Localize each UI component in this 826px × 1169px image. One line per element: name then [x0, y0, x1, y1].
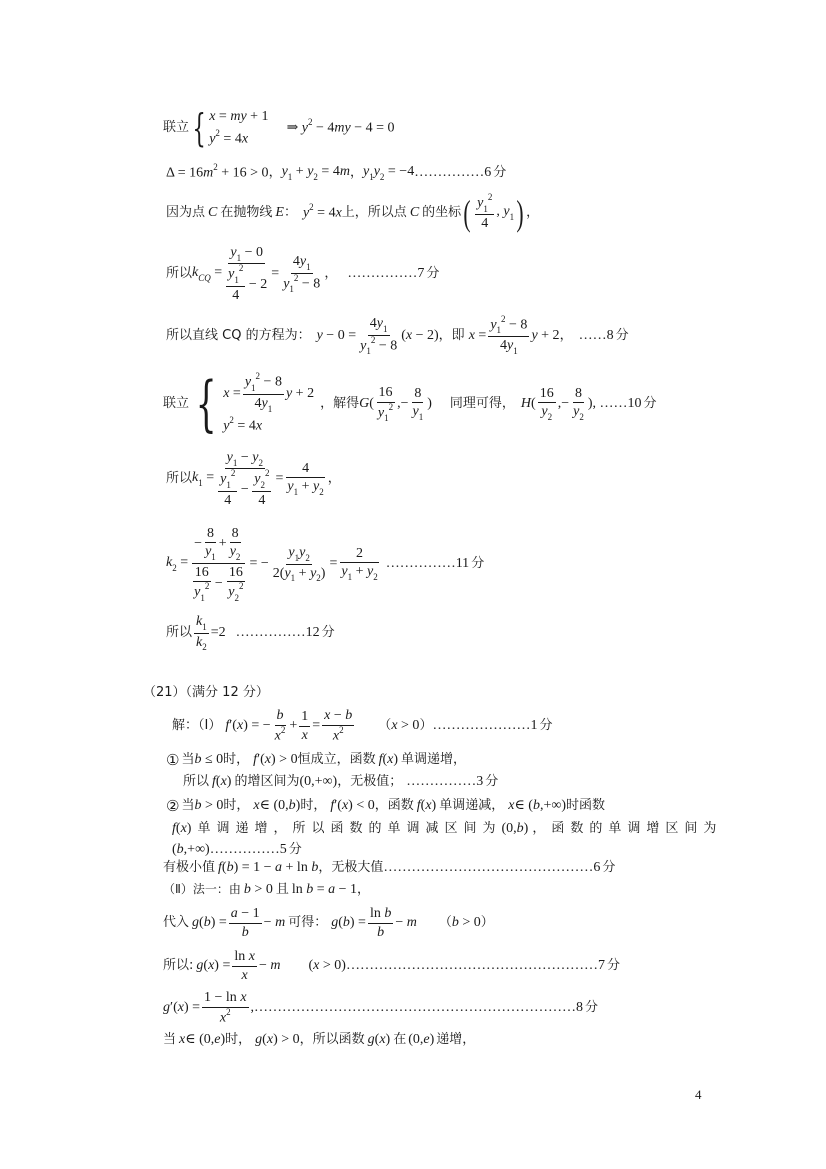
- fx: f(x): [417, 798, 436, 813]
- vieta-product: y1y2 = −4: [363, 164, 414, 182]
- text-so-point: 上，所以点: [342, 206, 407, 220]
- score-number: 3: [476, 774, 483, 789]
- question-21-header: （21）（满分 12 分）: [143, 684, 269, 702]
- score-unit: 分: [426, 267, 439, 281]
- coord-y1: , y1: [496, 204, 514, 222]
- fraction-kcq-2: 4y1 y12 − 8: [281, 254, 322, 294]
- fraction-8-y1: 8y1: [411, 386, 426, 422]
- leader-dots: ……: [600, 396, 628, 411]
- colon: ：: [284, 206, 297, 220]
- leader-dots: ………………………………………: [383, 860, 593, 875]
- leader-dots: ……: [579, 328, 607, 343]
- text-yinwei: 因为点: [166, 206, 205, 220]
- gprime-lhs: g′(x) =: [163, 1000, 200, 1015]
- leader-dots: …………………: [432, 718, 530, 733]
- score-unit: 分: [493, 166, 506, 180]
- parabola-eq: y2 = 4x: [303, 204, 342, 221]
- fraction-1-lnx-x2: 1 − ln xx2: [202, 990, 249, 1025]
- score-unit: 分: [485, 775, 498, 789]
- fraction-x-b-x2: x − bx2: [322, 708, 354, 743]
- fraction-k2-2: y1y2 2(y1 + y2): [271, 545, 328, 583]
- fraction-1-x: 1x: [299, 709, 310, 743]
- text: ，函数的单调增区间为: [532, 822, 722, 836]
- leader-dots: ……………………………………………………………: [254, 1000, 576, 1015]
- text: 可得：: [288, 916, 327, 930]
- vieta-sum: y1 + y2 = 4m: [282, 164, 350, 182]
- cond-b-gt-0: b > 0: [194, 798, 223, 813]
- x-in-b-inf: x∈ (b,+∞): [508, 798, 566, 813]
- fprime-gt-0: f′(x) > 0: [253, 752, 297, 767]
- g-derivative-line: g′(x) = 1 − ln xx2 , ……………………………………………………: [163, 988, 598, 1028]
- point-c: C: [208, 205, 217, 220]
- text: 当: [181, 799, 194, 813]
- point-g: G: [359, 396, 369, 411]
- text-coordinate: 的坐标: [422, 206, 461, 220]
- discriminant-line: Δ = 16m2 + 16 > 0 ， y1 + y2 = 4m ， y1y2 …: [166, 162, 506, 184]
- k1: k1 =: [192, 470, 214, 488]
- k2: k2 =: [166, 555, 188, 573]
- score-unit: 分: [607, 959, 620, 973]
- score-number: 7: [598, 958, 605, 973]
- system-equation-2: 联立 { x = y12 − 84y1 y + 2 y2 = 4x ，解得 G(…: [163, 366, 657, 442]
- text-parabola: 在抛物线: [220, 206, 272, 220]
- fraction-a-1-b: a − 1b: [229, 906, 262, 940]
- score-unit: 分: [644, 397, 657, 411]
- text-suoyi: 所以: [166, 267, 192, 281]
- text: 递增，: [436, 1033, 475, 1047]
- circled-two-icon: ②: [166, 798, 179, 815]
- score-unit: 分: [471, 557, 484, 571]
- point-h: H: [521, 396, 531, 411]
- text: 时函数: [566, 799, 605, 813]
- fraction-lnx-x: ln xx: [232, 949, 257, 983]
- text-ji: ，即: [439, 329, 465, 343]
- gb-lhs-2: g(b) =: [331, 915, 366, 930]
- discriminant-expr: Δ = 16m2 + 16 > 0: [166, 164, 269, 181]
- line-cq-equation: 所以直线 CQ 的方程为： y − 0 = 4y1 y12 − 8 (x − 2…: [166, 316, 629, 356]
- system-lines: x = y12 − 84y1 y + 2 y2 = 4x: [223, 373, 314, 434]
- fraction-k1-1: y1 − y2 y124 − y224: [216, 450, 273, 508]
- score-number: 8: [607, 328, 614, 343]
- text: 在: [393, 1033, 406, 1047]
- slope-k2-line: k2 = − 8y1+ 8y2 16y12 − 16y22 = − y1y2 2…: [166, 518, 484, 610]
- solution-part1-derivative: 解：（Ⅰ） f′(x) = − bx2 + 1x = x − bx2 （x > …: [172, 706, 552, 746]
- text: 时，: [223, 799, 249, 813]
- text: ，无极大值: [318, 861, 383, 875]
- text: 有极小值: [163, 861, 215, 875]
- text: 单调递增，: [401, 753, 466, 767]
- leader-dots: ……………: [386, 556, 456, 571]
- score-number: 8: [576, 1000, 583, 1015]
- system-lines: x = my + 1 y2 = 4x: [209, 109, 268, 147]
- k-cq: kCQ =: [192, 265, 222, 283]
- comma: ，: [328, 472, 341, 486]
- case-1-interval: 所以 f(x) 的增区间为 (0,+∞) ，无极值； …………… 3 分: [183, 772, 498, 792]
- sys-line-2: y2 = 4x: [223, 417, 314, 434]
- comma: ，: [357, 883, 370, 897]
- score-number: 7: [417, 266, 424, 281]
- leader-dots: ……………: [236, 625, 306, 640]
- text: 所以:: [163, 959, 193, 973]
- sys-line-1: x = y12 − 84y1 y + 2: [223, 373, 314, 413]
- left-paren: (: [464, 195, 471, 231]
- text-line-cq: 所以直线 CQ 的方程为：: [166, 329, 311, 343]
- score-number: 12: [306, 625, 320, 640]
- text: 当: [181, 753, 194, 767]
- lnb-eq: ln b = a − 1: [292, 882, 357, 897]
- b-gt-0: b > 0: [244, 882, 273, 897]
- q21-title: （21）（满分 12 分）: [143, 686, 269, 700]
- text: 的增区间为: [234, 775, 299, 789]
- fprime-lt-0: f′(x) < 0: [330, 798, 374, 813]
- point-c: C: [410, 205, 419, 220]
- monotonic-line: 当 x∈ (0,e) 时， g(x) > 0 ，所以函数 g(x) 在 (0,e…: [163, 1030, 475, 1050]
- g-function-line: 所以: g(x) = ln xx − m (x > 0) ………………………………: [163, 946, 620, 986]
- score-number: 11: [456, 556, 469, 571]
- document-page: 联立 { x = my + 1 y2 = 4x ⇒ y2 − 4my − 4 =…: [0, 0, 826, 1169]
- text: 单调递增，所以函数的单调减区间为: [197, 822, 501, 836]
- left-brace: {: [196, 374, 217, 434]
- gx-lhs: g(x) =: [196, 958, 230, 973]
- comma: ，: [526, 206, 539, 220]
- fraction-b-x2: bx2: [273, 708, 288, 743]
- text: ，无极值；: [337, 775, 402, 789]
- fraction-kcq-1: y1 − 0 y124 − 2: [224, 245, 269, 303]
- text: 时，: [225, 1033, 251, 1047]
- leader-dots: ……………: [406, 774, 476, 789]
- text: 所以: [183, 775, 209, 789]
- equals-2: =2: [211, 625, 226, 640]
- leader-dots: ……………: [414, 165, 484, 180]
- fraction-k2-3: 2 y1 + y2: [339, 546, 379, 582]
- gx: g(x): [368, 1032, 391, 1047]
- part-2-method-1: （Ⅱ）法一：由 b > 0 且 ln b = a − 1 ，: [163, 880, 370, 900]
- slope-k1-line: 所以 k1 = y1 − y2 y124 − y224 = 4 y1 + y2 …: [166, 448, 341, 510]
- case-2-line: ② 当 b > 0 时， x∈ (0,b) 时， f′(x) < 0 ，函数 f…: [166, 796, 605, 816]
- f-prime: f′(x) = −: [225, 718, 270, 733]
- gx-gt-0: g(x) > 0: [255, 1032, 299, 1047]
- text: 代入: [163, 916, 189, 930]
- fx: f(x): [212, 774, 231, 789]
- condition-x-gt-0: （x > 0）: [378, 718, 432, 733]
- minus-m: − m: [264, 915, 286, 930]
- text-jie: 解：（Ⅰ）: [172, 719, 221, 733]
- y-plus-2: y + 2: [531, 328, 559, 343]
- interval-0-inf: (0,+∞): [299, 774, 337, 789]
- text: （Ⅱ）法一：由: [163, 883, 241, 896]
- leader-dots: ……………: [210, 842, 280, 857]
- text-suoyi: 所以: [166, 626, 192, 640]
- fraction-k1-2: 4 y1 + y2: [285, 461, 325, 497]
- score-number: 5: [280, 842, 287, 857]
- left-brace: {: [192, 109, 205, 147]
- score-number: 6: [593, 860, 600, 875]
- parabola-e: E: [275, 205, 284, 220]
- score-number: 10: [628, 396, 642, 411]
- leader-dots: ……………: [347, 266, 417, 281]
- page-number: 4: [695, 1087, 702, 1103]
- quadratic-result: ⇒ y2 − 4my − 4 = 0: [287, 119, 395, 136]
- x-in-0-e: x∈ (0,e): [179, 1032, 225, 1047]
- case-1-line: ① 当 b ≤ 0 时， f′(x) > 0 恒成立，函数 f(x) 单调递增，: [166, 750, 466, 770]
- lhs-y: y − 0 =: [317, 328, 357, 343]
- cond-b-le-0: b ≤ 0: [194, 752, 223, 767]
- text: 当: [163, 1033, 176, 1047]
- text-suoyi: 所以: [166, 472, 192, 486]
- ratio-line: 所以 k1 k2 =2 …………… 12 分: [166, 612, 335, 654]
- text: 且: [276, 883, 289, 897]
- minus-m: − m: [259, 958, 281, 973]
- interval-0-b: (0,b): [501, 821, 528, 836]
- minus-m: − m: [395, 915, 417, 930]
- text: 恒成立，函数: [298, 753, 376, 767]
- gb-lhs: g(b) =: [192, 915, 227, 930]
- fraction-16-y2: 16y2: [538, 386, 556, 422]
- score-number: 1: [530, 718, 537, 733]
- text-tongli: 同理可得，: [450, 397, 515, 411]
- leader-dots: ………………………………………………: [346, 958, 598, 973]
- fx: f(x): [379, 752, 398, 767]
- x-minus-2: (x − 2): [401, 328, 438, 343]
- fraction-k1-k2: k1 k2: [194, 614, 209, 652]
- score-unit: 分: [602, 861, 615, 875]
- interval-0-e: (0,e): [408, 1032, 434, 1047]
- sys-line-2: y2 = 4x: [209, 130, 268, 147]
- text: 时，: [223, 753, 249, 767]
- extremum-line: 有极小值 f(b) = 1 − a + ln b ，无极大值 …………………………: [163, 858, 615, 878]
- slope-cq-line: 所以 kCQ = y1 − 0 y124 − 2 = 4y1 y12 − 8 ，…: [166, 244, 439, 304]
- fraction-lnb-b: ln bb: [368, 906, 393, 940]
- case-2-intervals: f(x) 单调递增，所以函数的单调减区间为 (0,b) ，函数的单调增区间为: [172, 818, 722, 840]
- substitution-line: 代入 g(b) = a − 1b − m 可得： g(b) = ln bb − …: [163, 903, 494, 943]
- system-equation-1: 联立 { x = my + 1 y2 = 4x ⇒ y2 − 4my − 4 =…: [163, 100, 395, 156]
- fraction-16-y1sq: 16y12: [376, 385, 395, 423]
- interval-b-inf: (b,+∞): [172, 842, 210, 857]
- comma: ，: [350, 166, 363, 180]
- score-unit: 分: [322, 626, 335, 640]
- text-jiede: ，解得: [320, 397, 359, 411]
- case-2-interval-end: (b,+∞) …………… 5 分: [172, 840, 302, 860]
- score-unit: 分: [289, 843, 302, 857]
- text: ，函数: [375, 799, 414, 813]
- fraction-y1sq-8: y12 − 8 4y1: [488, 316, 529, 356]
- comma: ，: [324, 267, 337, 281]
- label-lianli: 联立: [163, 121, 189, 135]
- circled-one-icon: ①: [166, 752, 179, 769]
- score-number: 6: [484, 165, 491, 180]
- comma: ，: [560, 329, 573, 343]
- comma: ，: [269, 166, 282, 180]
- point-c-line: 因为点 C 在抛物线 E ： y2 = 4x 上，所以点 C 的坐标 ( y12…: [166, 190, 539, 236]
- x-in-0-b: x∈ (0,b): [253, 798, 300, 813]
- fb-value: f(b) = 1 − a + ln b: [218, 860, 318, 875]
- score-unit: 分: [585, 1001, 598, 1015]
- condition-x-gt-0: (x > 0): [308, 958, 345, 973]
- fraction-y1sq-4: y124: [475, 194, 494, 232]
- fraction-k2-1: − 8y1+ 8y2 16y12 − 16y22: [190, 526, 247, 603]
- condition-b-gt-0: （b > 0）: [439, 915, 494, 930]
- fraction-4y1: 4y1 y12 − 8: [358, 316, 399, 356]
- text: ，所以函数: [300, 1033, 365, 1047]
- fraction-8-y2: 8y2: [571, 386, 586, 422]
- text: 时，: [300, 799, 326, 813]
- label-lianli: 联立: [163, 397, 189, 411]
- score-unit: 分: [539, 719, 552, 733]
- fx: f(x): [172, 821, 191, 836]
- score-unit: 分: [616, 329, 629, 343]
- sys-line-1: x = my + 1: [209, 109, 268, 124]
- right-paren: ): [517, 195, 524, 231]
- text: 单调递减，: [439, 799, 504, 813]
